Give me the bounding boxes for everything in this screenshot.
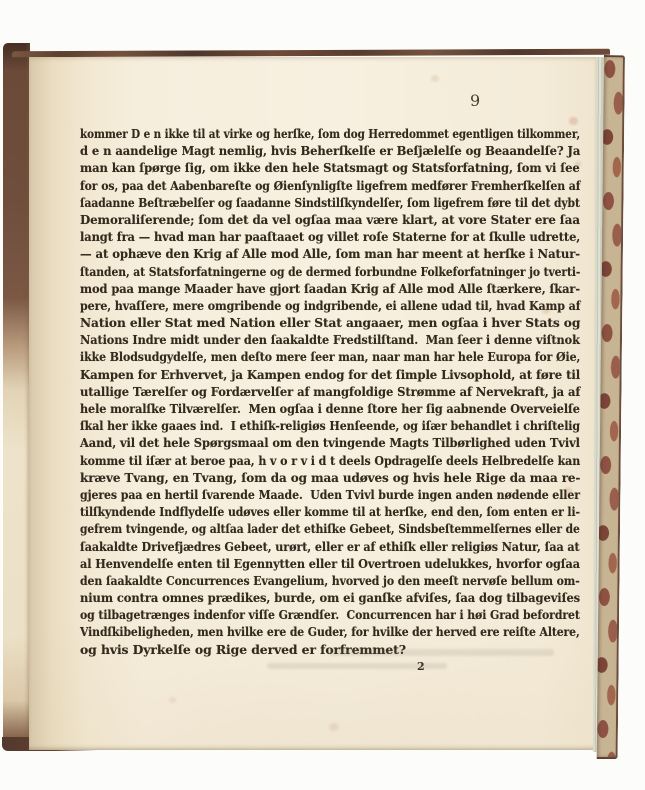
text-line: pere, hvaſſere, mere omgribende og indgr… (80, 297, 526, 314)
text-line: ikke Blodsudgydelſe, men deſto mere ſeer… (80, 348, 522, 365)
text-line: ſaakaldte Drivefjædres Gebeet, urørt, el… (80, 538, 530, 555)
text-line: for os, paa det Aabenbareſte og Øienſynl… (80, 177, 521, 194)
book-spine (3, 43, 30, 750)
text-line: Kampen for Erhvervet, ja Kampen endog fo… (80, 366, 553, 383)
text-line: gjeres paa en hertil ſvarende Maade. Ude… (80, 486, 522, 503)
text-line: den ſaakaldte Concurrences Evangelium, h… (80, 572, 520, 589)
text-line: utallige Tærelſer og Fordærvelſer af man… (80, 383, 546, 400)
text-line: ſkal her ikke gaaes ind. I ethiſk-religi… (80, 417, 525, 434)
text-line: gefrem tvingende, og altſaa lader det et… (80, 520, 512, 537)
text-line: Aand, vil det hele Spørgsmaal om den tvi… (80, 434, 541, 451)
book-photo: 9 kommer D e n ikke til at virke og herſ… (0, 0, 645, 790)
text-line: ſaadanne Beſtræbelſer og ſaadanne Sindst… (80, 194, 513, 211)
text-line: komme til iſær at beroe paa, h v o r v i… (80, 452, 526, 469)
foxing-spot (575, 161, 581, 167)
text-line: Demoraliſerende; ſom det da vel ogſaa ma… (80, 211, 556, 228)
text-line: Vindſkibeligheden, men hvilke ere de Gud… (80, 623, 517, 640)
text-line: man kan ſpørge ſig, om ikke den hele Sta… (80, 159, 546, 176)
text-line: al Henvendelſe enten til Egennytten elle… (80, 555, 534, 572)
text-line: langt fra — hvad man har paaſtaaet og vi… (80, 228, 541, 245)
text-line: Nations Indre midt under den ſaakaldte F… (80, 331, 535, 348)
show-through-text (267, 663, 447, 669)
foxing-spot (169, 697, 176, 703)
text-line: ſtanden, at Statsforfatningerne og de de… (80, 263, 514, 280)
show-through-text (329, 649, 554, 656)
foxing-spot (569, 117, 578, 125)
text-line: hele moralſke Tilværelſer. Men ogſaa i d… (80, 400, 532, 417)
text-line: tilſkyndende Indflydelſe udøves eller ko… (80, 503, 519, 520)
text-line: — at ophæve den Krig af Alle mod Alle, ſ… (80, 245, 550, 262)
text-line: mod paa mange Maader have gjort ſaadan K… (80, 280, 541, 297)
text-line: kræve Tvang, en Tvang, ſom da og maa udø… (80, 469, 563, 486)
foxing-spot (565, 487, 572, 494)
foxing-spot (542, 307, 550, 314)
foxing-spot (431, 75, 439, 82)
text-line: kommer D e n ikke til at virke og herſke… (80, 125, 499, 142)
page-number: 9 (470, 91, 481, 110)
text-line: Nation eller Stat med Nation eller Stat … (80, 314, 572, 331)
text-line: nium contra omnes prædikes, burde, om ei… (80, 589, 545, 606)
board-top-edge (12, 49, 610, 58)
page-text: kommer D e n ikke til at virke og herſke… (80, 125, 580, 658)
book-page: 9 kommer D e n ikke til at virke og herſ… (29, 57, 596, 750)
foxing-spot (329, 723, 339, 731)
text-line: d e n aandelige Magt nemlig, hvis Beherſ… (80, 142, 546, 159)
text-line: og tilbagetrænges indenfor viſſe Grændſe… (80, 606, 519, 623)
